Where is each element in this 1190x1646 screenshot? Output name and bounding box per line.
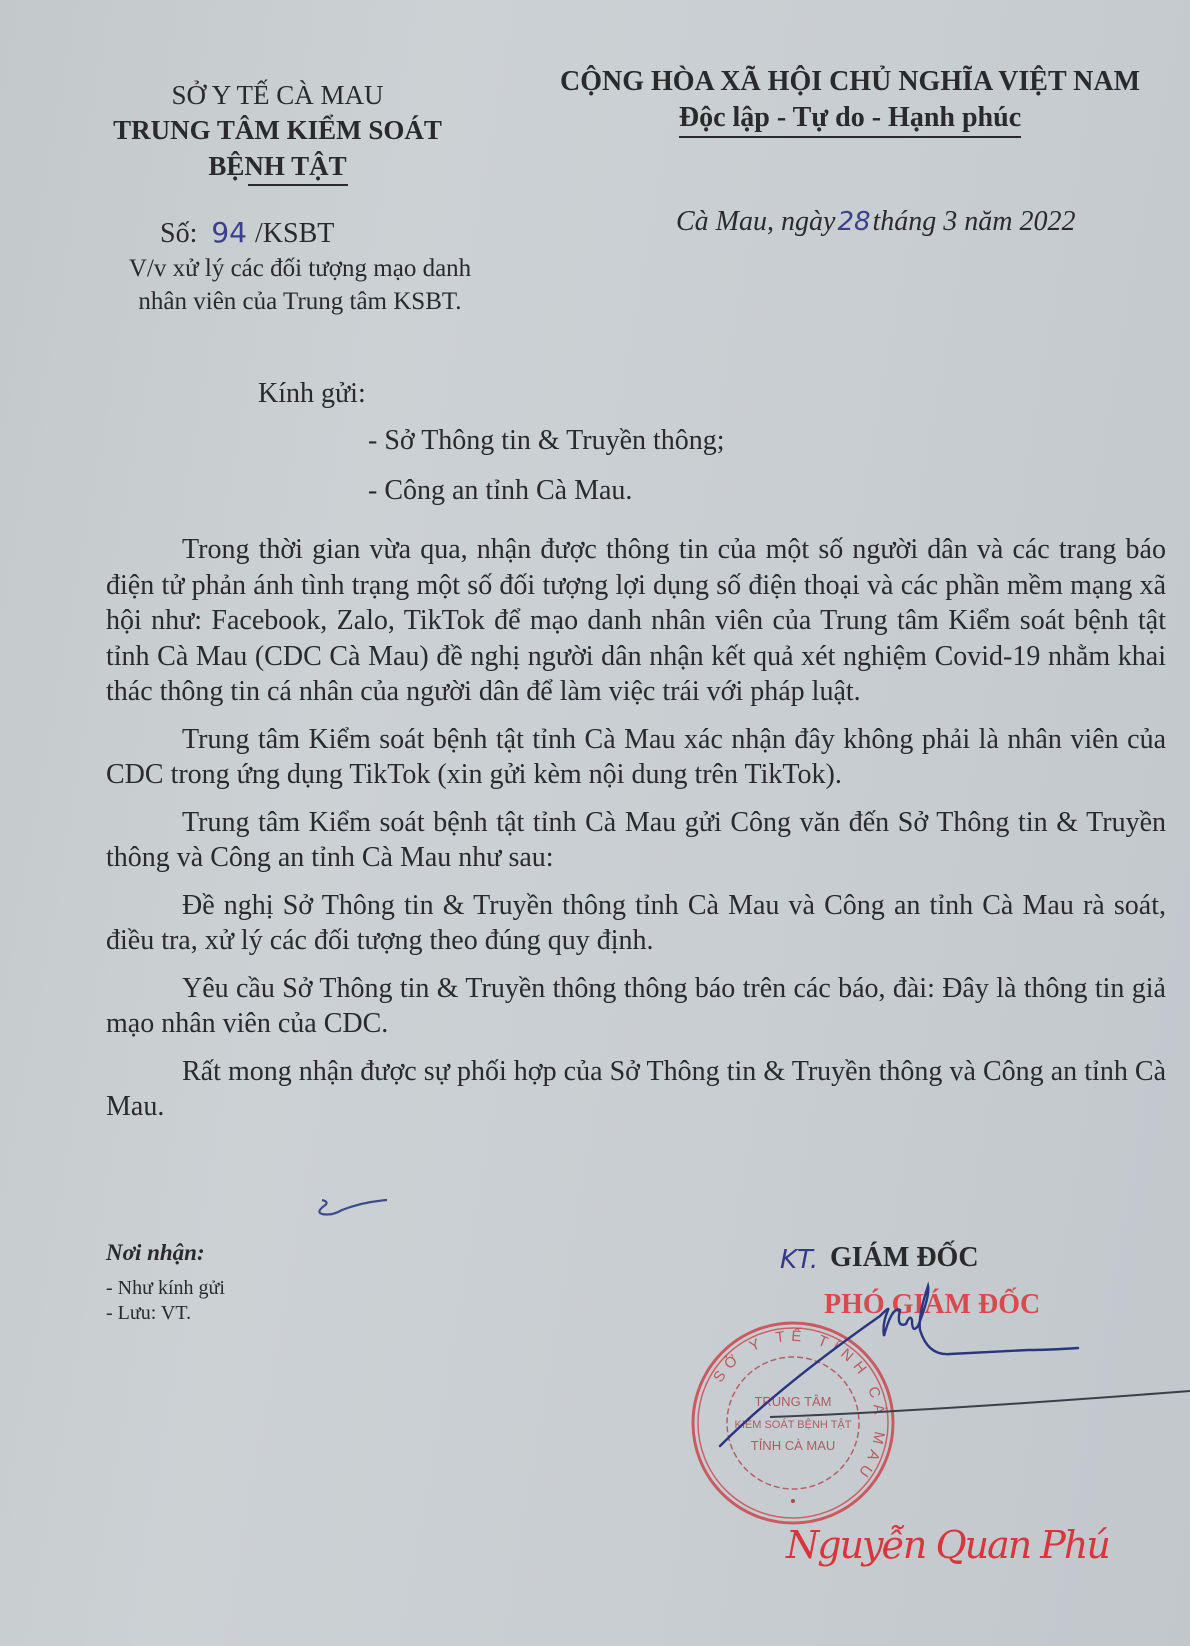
header-underline <box>248 184 348 186</box>
subject-line: V/v xử lý các đối tượng mạo danh nhân vi… <box>110 252 490 318</box>
signer-name: Nguyễn Quan Phú <box>786 1523 1109 1567</box>
recipients-label: Nơi nhận: <box>106 1240 205 1266</box>
addressee-label: Kính gửi: <box>258 378 366 410</box>
official-letter: SỞ Y TẾ CÀ MAU TRUNG TÂM KIỂM SOÁT BỆNH … <box>0 0 1190 1646</box>
handwritten-number: 94 <box>211 216 247 249</box>
date-suffix: tháng 3 năm 2022 <box>873 206 1076 237</box>
agency-name: SỞ Y TẾ CÀ MAU <box>90 78 465 112</box>
recipient-item: - Lưu: VT. <box>106 1302 191 1325</box>
recipient-item: - Như kính gửi <box>106 1277 225 1300</box>
subject-line-2: nhân viên của Trung tâm KSBT. <box>110 285 490 318</box>
addressee-item: - Sở Thông tin & Truyền thông; <box>368 425 725 457</box>
body-paragraph: Trung tâm Kiểm soát bệnh tật tỉnh Cà Mau… <box>106 722 1166 793</box>
body-paragraph: Rất mong nhận được sự phối hợp của Sở Th… <box>106 1054 1166 1125</box>
body-paragraph: Trung tâm Kiểm soát bệnh tật tỉnh Cà Mau… <box>106 805 1166 876</box>
addressee-item: - Công an tỉnh Cà Mau. <box>368 475 632 507</box>
kt-handwritten-mark: KT. <box>780 1245 818 1275</box>
center-name-line1: TRUNG TÂM KIỂM SOÁT <box>90 112 465 148</box>
subject-line-1: V/v xử lý các đối tượng mạo danh <box>110 252 490 285</box>
handwritten-day: 28 <box>837 207 870 237</box>
svg-text:TRUNG TÂM: TRUNG TÂM <box>754 1394 831 1409</box>
body-paragraph: Đề nghị Sở Thông tin & Truyền thông tỉnh… <box>106 888 1166 959</box>
date-prefix: Cà Mau, ngày <box>676 206 835 237</box>
document-number: Số:94/KSBT <box>160 216 334 250</box>
center-name-line2: BỆNH TẬT <box>90 148 465 184</box>
signer-title: GIÁM ĐỐC <box>830 1242 979 1274</box>
number-suffix: /KSBT <box>255 218 334 249</box>
official-stamp-icon: SỞ Y TẾ TỈNH CÀ MAU TRUNG TÂM KIỂM SOÁT … <box>688 1318 898 1528</box>
country-name: CỘNG HÒA XÃ HỘI CHỦ NGHĨA VIỆT NAM <box>530 64 1170 100</box>
issue-date: Cà Mau, ngày28tháng 3 năm 2022 <box>676 206 1076 238</box>
national-motto: Độc lập - Tự do - Hạnh phúc <box>679 100 1021 138</box>
letter-body: Trong thời gian vừa qua, nhận được thông… <box>106 532 1166 1137</box>
svg-text:TỈNH CÀ MAU: TỈNH CÀ MAU <box>751 1438 836 1453</box>
national-header: CỘNG HÒA XÃ HỘI CHỦ NGHĨA VIỆT NAM Độc l… <box>530 64 1170 138</box>
svg-text:KIỂM SOÁT BỆNH TẬT: KIỂM SOÁT BỆNH TẬT <box>735 1418 852 1431</box>
issuing-agency-header: SỞ Y TẾ CÀ MAU TRUNG TÂM KIỂM SOÁT BỆNH … <box>90 78 465 186</box>
number-label: Số: <box>160 218 197 249</box>
body-paragraph: Trong thời gian vừa qua, nhận được thông… <box>106 532 1166 710</box>
body-paragraph: Yêu cầu Sở Thông tin & Truyền thông thôn… <box>106 971 1166 1042</box>
signer-subtitle: PHÓ GIÁM ĐỐC <box>824 1289 1040 1321</box>
